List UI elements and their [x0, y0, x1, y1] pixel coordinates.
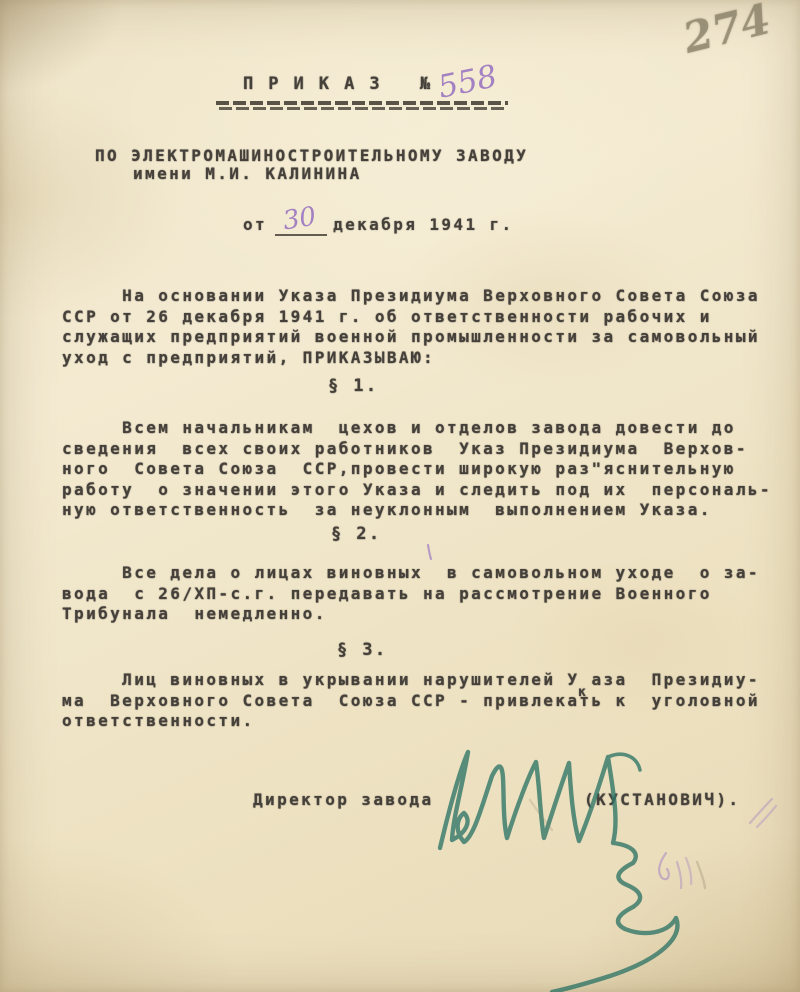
date-rest: декабря 1941 г. [333, 214, 514, 236]
order-title: П Р И К А З № [243, 74, 433, 95]
director-signature [440, 752, 677, 992]
date-line: от30декабря 1941 г. [243, 212, 514, 238]
section-3-heading: § 3. [337, 640, 388, 661]
pencil-smudges [530, 800, 705, 888]
organization-name-imeni: имени М.И. КАЛИНИНА [133, 164, 362, 185]
signer-role: Директор завода [253, 790, 434, 811]
title-underline-row [216, 101, 508, 105]
section-1-heading: § 1. [328, 376, 379, 397]
title-underline [216, 101, 508, 113]
order-number-handwritten: 558 [435, 58, 500, 106]
preamble-paragraph: На основании Указа Президиума Верховного… [62, 286, 774, 368]
scanned-order-document: 274 П Р И К А З № 558 ПО ЭЛЕКТРОМАШИНОСТ… [0, 0, 800, 992]
section-3-body: Лиц виновных в укрывании нарушителей У а… [62, 670, 774, 732]
section-2-body: Все дела о лицах виновных в самовольном … [62, 563, 774, 625]
section-2-heading: § 2. [331, 524, 382, 545]
date-day-blank: 30 [275, 212, 327, 236]
archive-page-number: 274 [678, 0, 775, 63]
date-prefix: от [243, 214, 267, 236]
section-1-body: Всем начальникам цехов и отделов завода … [62, 418, 774, 521]
inserted-letter-correction: к [578, 686, 588, 699]
date-day-handwritten: 30 [281, 202, 318, 237]
title-underline-row [219, 107, 508, 111]
signer-name: (КУСТАНОВИЧ). [584, 790, 740, 811]
